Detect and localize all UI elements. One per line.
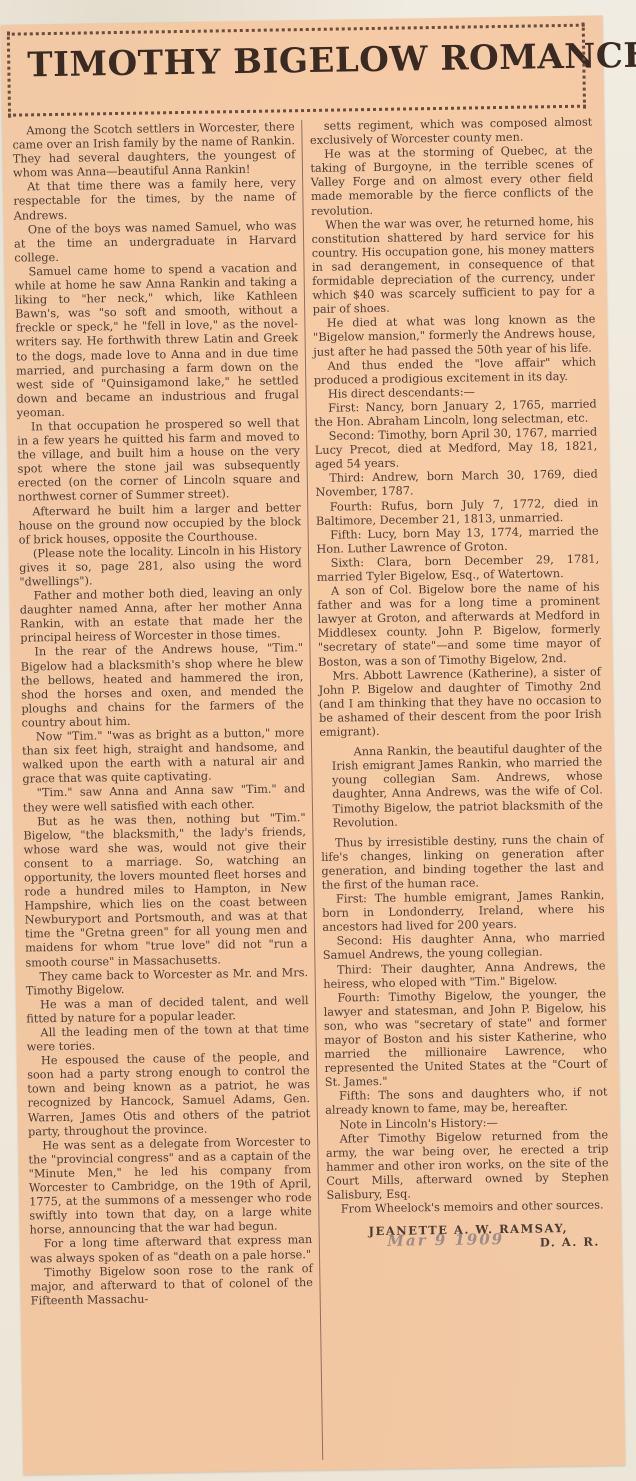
paragraph: In that occupation he prospered so well … xyxy=(17,416,301,505)
author-organization: Mar 9 1909 D. A. R. xyxy=(327,1235,610,1254)
paragraph: After Timothy Bigelow returned from the … xyxy=(326,1128,610,1203)
paragraph: He was sent as a delegate from Worcester… xyxy=(28,1135,312,1238)
paragraph: Second: His daughter Anna, who married S… xyxy=(322,931,605,964)
paragraph: Fourth: Rufus, born July 7, 1772, died i… xyxy=(316,496,599,529)
headline-border: TIMOTHY BIGELOW ROMANCE xyxy=(7,24,586,117)
paragraph: He was a man of decided talent, and well… xyxy=(26,994,309,1027)
paragraph: When the war was over, he returned home,… xyxy=(311,214,595,317)
paragraph: First: Nancy, born January 2, 1765, marr… xyxy=(314,397,597,430)
paragraph: All the leading men of the town at that … xyxy=(26,1022,309,1055)
right-column: setts regiment, which was composed almos… xyxy=(302,116,614,1460)
paragraph: But as he was then, nothing but "Tim." B… xyxy=(23,811,308,970)
paragraph: Third: Their daughter, Anna Andrews, the… xyxy=(323,959,606,992)
paragraph: He died at what was long known as the "B… xyxy=(313,313,596,360)
paragraph: And thus ended the "love affair" which p… xyxy=(313,355,596,388)
paragraph: Fourth: Timothy Bigelow, the younger, th… xyxy=(323,987,607,1090)
headline: TIMOTHY BIGELOW ROMANCE xyxy=(27,36,636,86)
left-column: Among the Scotch settlers in Worcester, … xyxy=(12,120,323,1464)
paragraph: At that time there was a family here, ve… xyxy=(13,177,296,224)
paragraph: Second: Timothy, born April 30, 1767, ma… xyxy=(315,426,598,473)
paragraph: Mrs. Abbott Lawrence (Katherine), a sist… xyxy=(318,665,602,740)
paragraph: Father and mother both died, leaving an … xyxy=(20,585,303,646)
paragraph: They came back to Worcester as Mr. and M… xyxy=(26,966,309,999)
paragraph: A son of Col. Bigelow bore the name of h… xyxy=(317,581,601,670)
paragraph: Sixth: Clara, born December 29, 1781, ma… xyxy=(317,552,600,585)
paragraph: He was at the storming of Quebec, at the… xyxy=(310,144,594,219)
paragraph: Timothy Bigelow soon rose to the rank of… xyxy=(30,1262,313,1309)
paragraph: Third: Andrew, born March 30, 1769, died… xyxy=(315,468,598,501)
handwritten-date: Mar 9 1909 xyxy=(387,1232,504,1248)
paragraph: He espoused the cause of the people, and… xyxy=(27,1050,311,1139)
article-body: Among the Scotch settlers in Worcester, … xyxy=(12,116,613,1465)
paragraph: "Tim." saw Anna and Anna saw "Tim." and … xyxy=(23,783,306,816)
paragraph: setts regiment, which was composed almos… xyxy=(310,116,593,149)
newspaper-clipping: TIMOTHY BIGELOW ROMANCE Among the Scotch… xyxy=(1,15,626,1474)
paragraph: For a long time afterward that express m… xyxy=(30,1233,313,1266)
paragraph: First: The humble emigrant, James Rankin… xyxy=(322,889,605,936)
paragraph: Among the Scotch settlers in Worcester, … xyxy=(12,120,295,181)
paragraph: Fifth: Lucy, born May 13, 1774, married … xyxy=(316,524,599,557)
paragraph: Now "Tim." "was as bright as a button," … xyxy=(22,726,305,787)
paragraph: In the rear of the Andrews house, "Tim."… xyxy=(20,642,304,731)
paragraph: One of the boys was named Samuel, who wa… xyxy=(14,219,297,266)
paragraph: Thus by irresistible destiny, runs the c… xyxy=(321,832,604,893)
paragraph: From Wheelock's memoirs and other source… xyxy=(327,1199,610,1218)
paragraph: (Please note the locality. Lincoln in hi… xyxy=(19,543,302,590)
summary-block: Anna Rankin, the beautiful daughter of t… xyxy=(332,742,604,831)
paragraph: Samuel came home to spend a vacation and… xyxy=(14,261,299,420)
organization-label: D. A. R. xyxy=(540,1235,600,1250)
paragraph: Fifth: The sons and daughters who, if no… xyxy=(325,1086,608,1119)
paragraph: Afterward he built him a larger and bett… xyxy=(18,501,301,548)
